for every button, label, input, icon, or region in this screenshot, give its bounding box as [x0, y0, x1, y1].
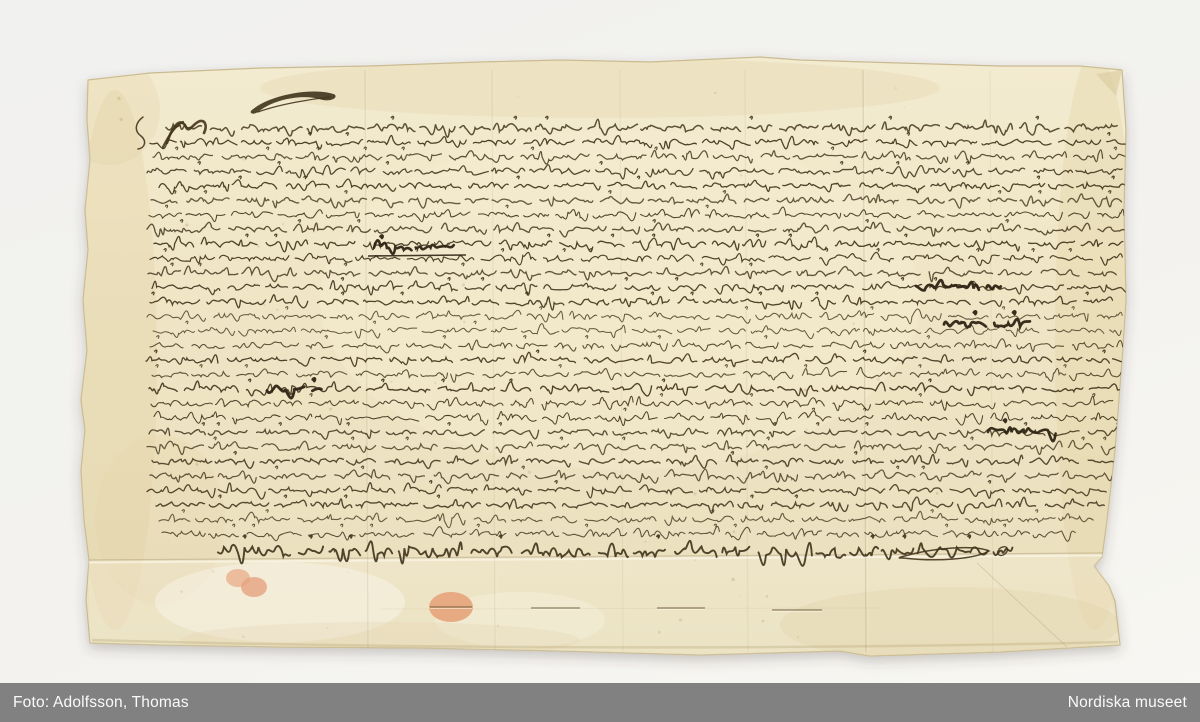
manuscript-photo [0, 0, 1200, 722]
photographer-credit: Foto: Adolfsson, Thomas [13, 695, 189, 711]
caption-bar: Foto: Adolfsson, Thomas Nordiska museet [0, 683, 1200, 722]
museum-photo-page: Foto: Adolfsson, Thomas Nordiska museet [0, 0, 1200, 722]
institution-credit: Nordiska museet [1068, 695, 1187, 711]
